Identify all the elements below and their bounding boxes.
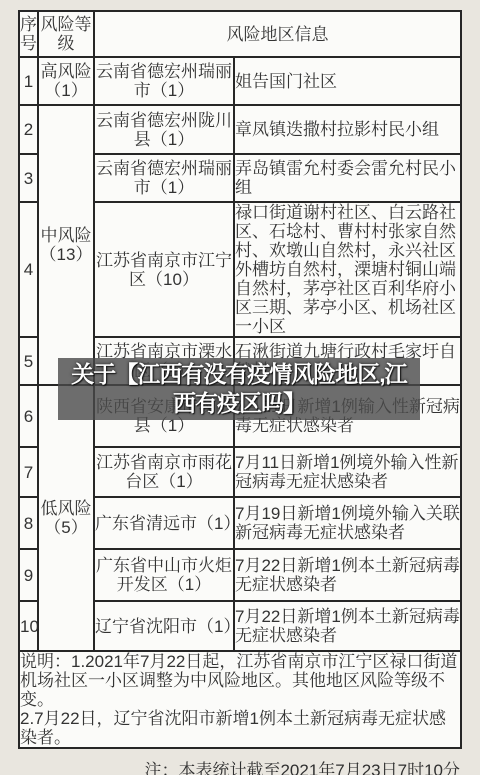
cell-region: 江苏省南京市江宁区（10）	[94, 202, 234, 337]
header-risk-level: 风险等级	[38, 11, 94, 57]
cell-region: 广东省中山市火炬开发区（1）	[94, 549, 234, 601]
table-header-row: 序号 风险等级 风险地区信息	[19, 11, 461, 57]
cell-info: 7月22日新增1例本土新冠病毒无症状感染者	[234, 601, 461, 651]
footnote-row: 说明：1.2021年7月22日起，江苏省南京市江宁区禄口街道机场社区一小区调整为…	[19, 651, 461, 748]
cell-info: 章凤镇迭撒村拉影村民小组	[234, 105, 461, 154]
cell-region: 辽宁省沈阳市（1）	[94, 601, 234, 651]
cell-risk-level-medium: 中风险（13）	[38, 105, 94, 385]
cell-serial: 10	[19, 601, 38, 651]
cell-serial: 8	[19, 497, 38, 549]
cell-serial: 4	[19, 202, 38, 337]
cell-risk-level-low: 低风险（5）	[38, 385, 94, 651]
cell-serial: 7	[19, 447, 38, 497]
cell-info: 7月11日新增1例境外输入性新冠病毒无症状感染者	[234, 447, 461, 497]
watermark-line2: 西有疫区吗】	[58, 389, 420, 418]
cell-serial: 6	[19, 385, 38, 447]
cell-risk-level-high: 高风险（1）	[38, 57, 94, 105]
watermark-line1: 关于【江西有没有疫情风险地区,江	[58, 360, 420, 389]
cell-info: 禄口街道谢村社区、白云路社区、石埝村、曹村村张家自然村、欢墩山自然村，永兴社区外…	[234, 202, 461, 337]
cell-region: 云南省德宏州瑞丽市（1）	[94, 154, 234, 202]
screenshot-root: { "header": { "no": "序号", "level": "风险等级…	[0, 0, 480, 775]
header-risk-area-info: 风险地区信息	[94, 11, 461, 57]
cell-serial: 9	[19, 549, 38, 601]
cell-info: 姐告国门社区	[234, 57, 461, 105]
cell-serial: 1	[19, 57, 38, 105]
table-row: 1 高风险（1） 云南省德宏州瑞丽市（1） 姐告国门社区	[19, 57, 461, 105]
table-row: 2 中风险（13） 云南省德宏州陇川县（1） 章凤镇迭撒村拉影村民小组	[19, 105, 461, 154]
cell-info: 弄岛镇雷允村委会雷允村民小组	[234, 154, 461, 202]
watermark-overlay: 关于【江西有没有疫情风险地区,江 西有疫区吗】	[58, 358, 420, 420]
header-serial-number: 序号	[19, 11, 38, 57]
statistics-cutoff-note: 注：本表统计截至2021年7月23日7时10分	[18, 756, 460, 775]
cell-serial: 2	[19, 105, 38, 154]
cell-region: 云南省德宏州瑞丽市（1）	[94, 57, 234, 105]
cell-info: 7月22日新增1例本土新冠病毒无症状感染者	[234, 549, 461, 601]
cell-region: 江苏省南京市雨花台区（1）	[94, 447, 234, 497]
table-footnote: 说明：1.2021年7月22日起，江苏省南京市江宁区禄口街道机场社区一小区调整为…	[19, 651, 461, 748]
cell-info: 7月19日新增1例境外输入关联新冠病毒无症状感染者	[234, 497, 461, 549]
cell-serial: 3	[19, 154, 38, 202]
cell-region: 云南省德宏州陇川县（1）	[94, 105, 234, 154]
cell-serial: 5	[19, 337, 38, 385]
cell-region: 广东省清远市（1）	[94, 497, 234, 549]
